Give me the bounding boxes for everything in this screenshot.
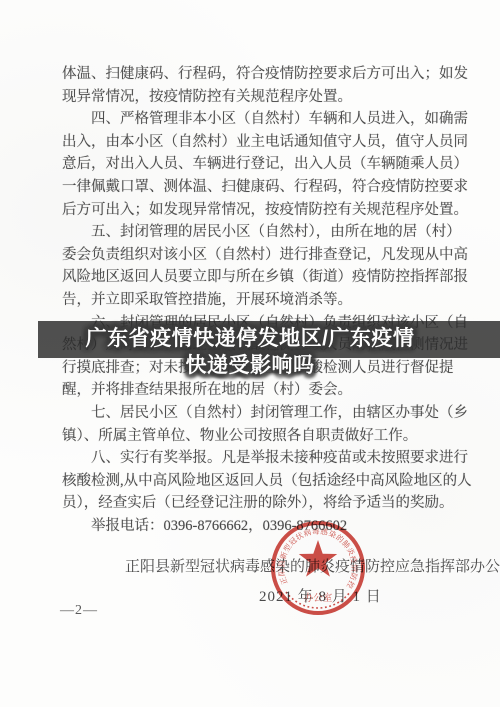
document-line: 体温、扫健康码、行程码，符合疫情防控要求后方可出入；如发 xyxy=(62,63,472,86)
document-line: 风险地区返回人员要立即与所在乡镇（街道）疫情防控指挥部报 xyxy=(62,266,472,289)
caption-title-line2: 快递受影响吗 xyxy=(8,353,492,380)
document-line: 八、实行有奖举报。凡是举报未接种疫苗或未按照要求进行 xyxy=(62,447,472,470)
page-number: —2— xyxy=(60,603,98,619)
document-line: 出入，由本小区（自然村）业主电话通知值守人员，值守人员同 xyxy=(62,131,472,154)
document-line: 员），经查实后（已经登记注册的除外），将给予适当的奖励。 xyxy=(62,492,472,515)
seal-office-text: 办公室 xyxy=(304,592,333,604)
svg-text:正阳县新型冠状病毒感染的肺炎疫情防控应急指挥部: 正阳县新型冠状病毒感染的肺炎疫情防控应急指挥部 xyxy=(264,514,360,591)
seal-ring-text: 正阳县新型冠状病毒感染的肺炎疫情防控应急指挥部 xyxy=(264,514,360,591)
caption-title-line1: 广东省疫情快递停发地区/广东疫情 xyxy=(8,326,492,353)
document-line: 五、封闭管理的居民小区（自然村），由所在地的居（村） xyxy=(62,221,472,244)
document-line: 意后，对出入人员、车辆进行登记，出入人员（车辆随乘人员） xyxy=(62,153,472,176)
document-line: 四、严格管理非本小区（自然村）车辆和人员进入，如确需 xyxy=(62,108,472,131)
document-body: 体温、扫健康码、行程码，符合疫情防控要求后方可出入；如发现异常情况，按疫情防控有… xyxy=(62,63,472,537)
document-line: 镇）、所属主管单位、物业公司按照各自职责做好工作。 xyxy=(62,425,472,448)
document-line: 核酸检测,从中高风险地区返回人员（包括途经中高风险地区的人 xyxy=(62,470,472,493)
scanned-document-page: 体温、扫健康码、行程码，符合疫情防控要求后方可出入；如发现异常情况，按疫情防控有… xyxy=(0,0,500,707)
document-line: 委会负责组织对该小区（自然村）进行排查登记，凡发现从中高 xyxy=(62,244,472,267)
document-line: 一律佩戴口罩、测体温、扫健康码、行程码，符合疫情防控要求 xyxy=(62,176,472,199)
caption-title: 广东省疫情快递停发地区/广东疫情 快递受影响吗 xyxy=(8,326,492,379)
document-line: 后方可出入；如发现异常情况，按疫情防控有关规范程序处置。 xyxy=(62,199,472,222)
document-line: 七、居民小区（自然村）封闭管理工作，由辖区办事处（乡 xyxy=(62,402,472,425)
document-line: 现异常情况，按疫情防控有关规范程序处置。 xyxy=(62,86,472,109)
document-line: 告，并立即采取管控措施，开展环境消杀等。 xyxy=(62,289,472,312)
document-line: 醒，并将排查结果报所在地的居（村）委会。 xyxy=(62,379,472,402)
official-seal-stamp: 正阳县新型冠状病毒感染的肺炎疫情防控应急指挥部 办公室 xyxy=(264,514,374,624)
seal-star-icon xyxy=(299,540,337,577)
